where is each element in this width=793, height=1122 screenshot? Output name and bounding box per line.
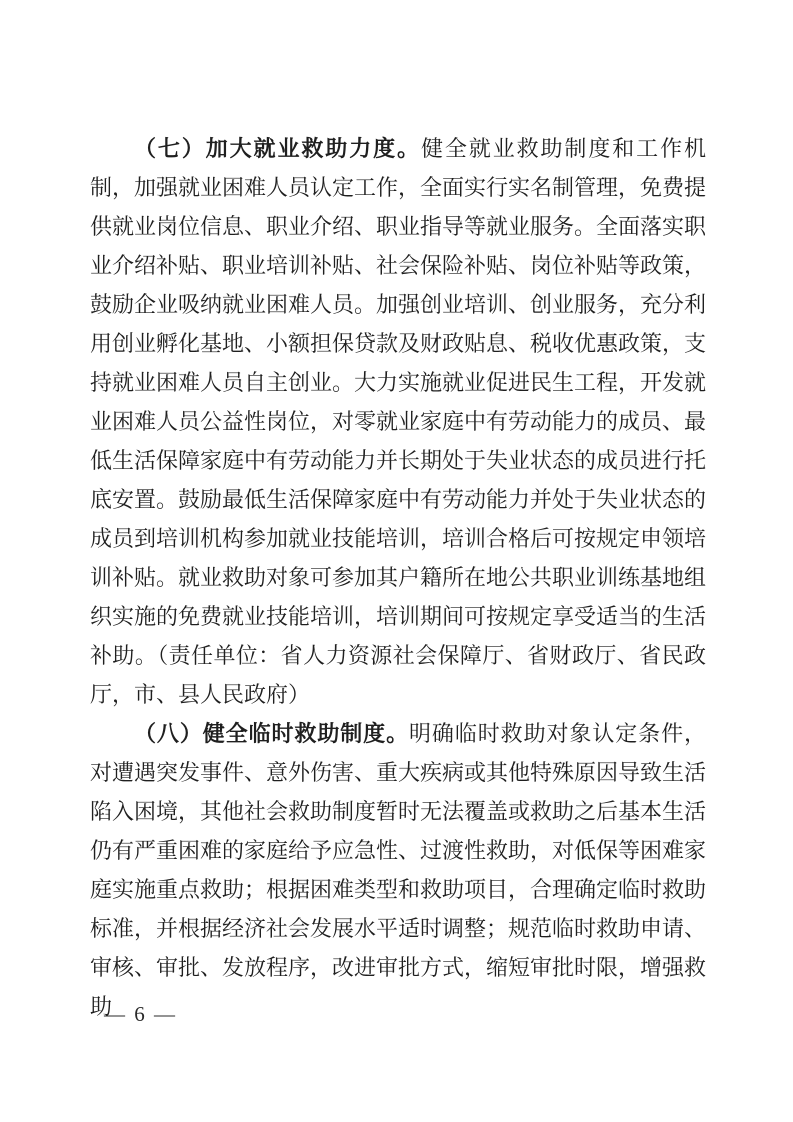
page-number: — 6 — [104,1000,177,1028]
paragraph-section-8: （八）健全临时救助制度。明确临时救助对象认定条件，对遭遇突发事件、意外伤害、重大… [90,714,706,1026]
document-body: （七）加大就业救助力度。健全就业救助制度和工作机制，加强就业困难人员认定工作，全… [90,129,706,1026]
paragraph-section-7-text: 健全就业救助制度和工作机制，加强就业困难人员认定工作，全面实行实名制管理，免费提… [90,136,706,707]
paragraph-section-7-heading: （七）加大就业救助力度。 [134,136,421,161]
paragraph-section-8-heading: （八）健全临时救助制度。 [134,721,409,746]
document-page: （七）加大就业救助力度。健全就业救助制度和工作机制，加强就业困难人员认定工作，全… [0,0,793,1122]
paragraph-section-8-text: 明确临时救助对象认定条件，对遭遇突发事件、意外伤害、重大疾病或其他特殊原因导致生… [90,721,706,1019]
paragraph-section-7: （七）加大就业救助力度。健全就业救助制度和工作机制，加强就业困难人员认定工作，全… [90,129,706,714]
